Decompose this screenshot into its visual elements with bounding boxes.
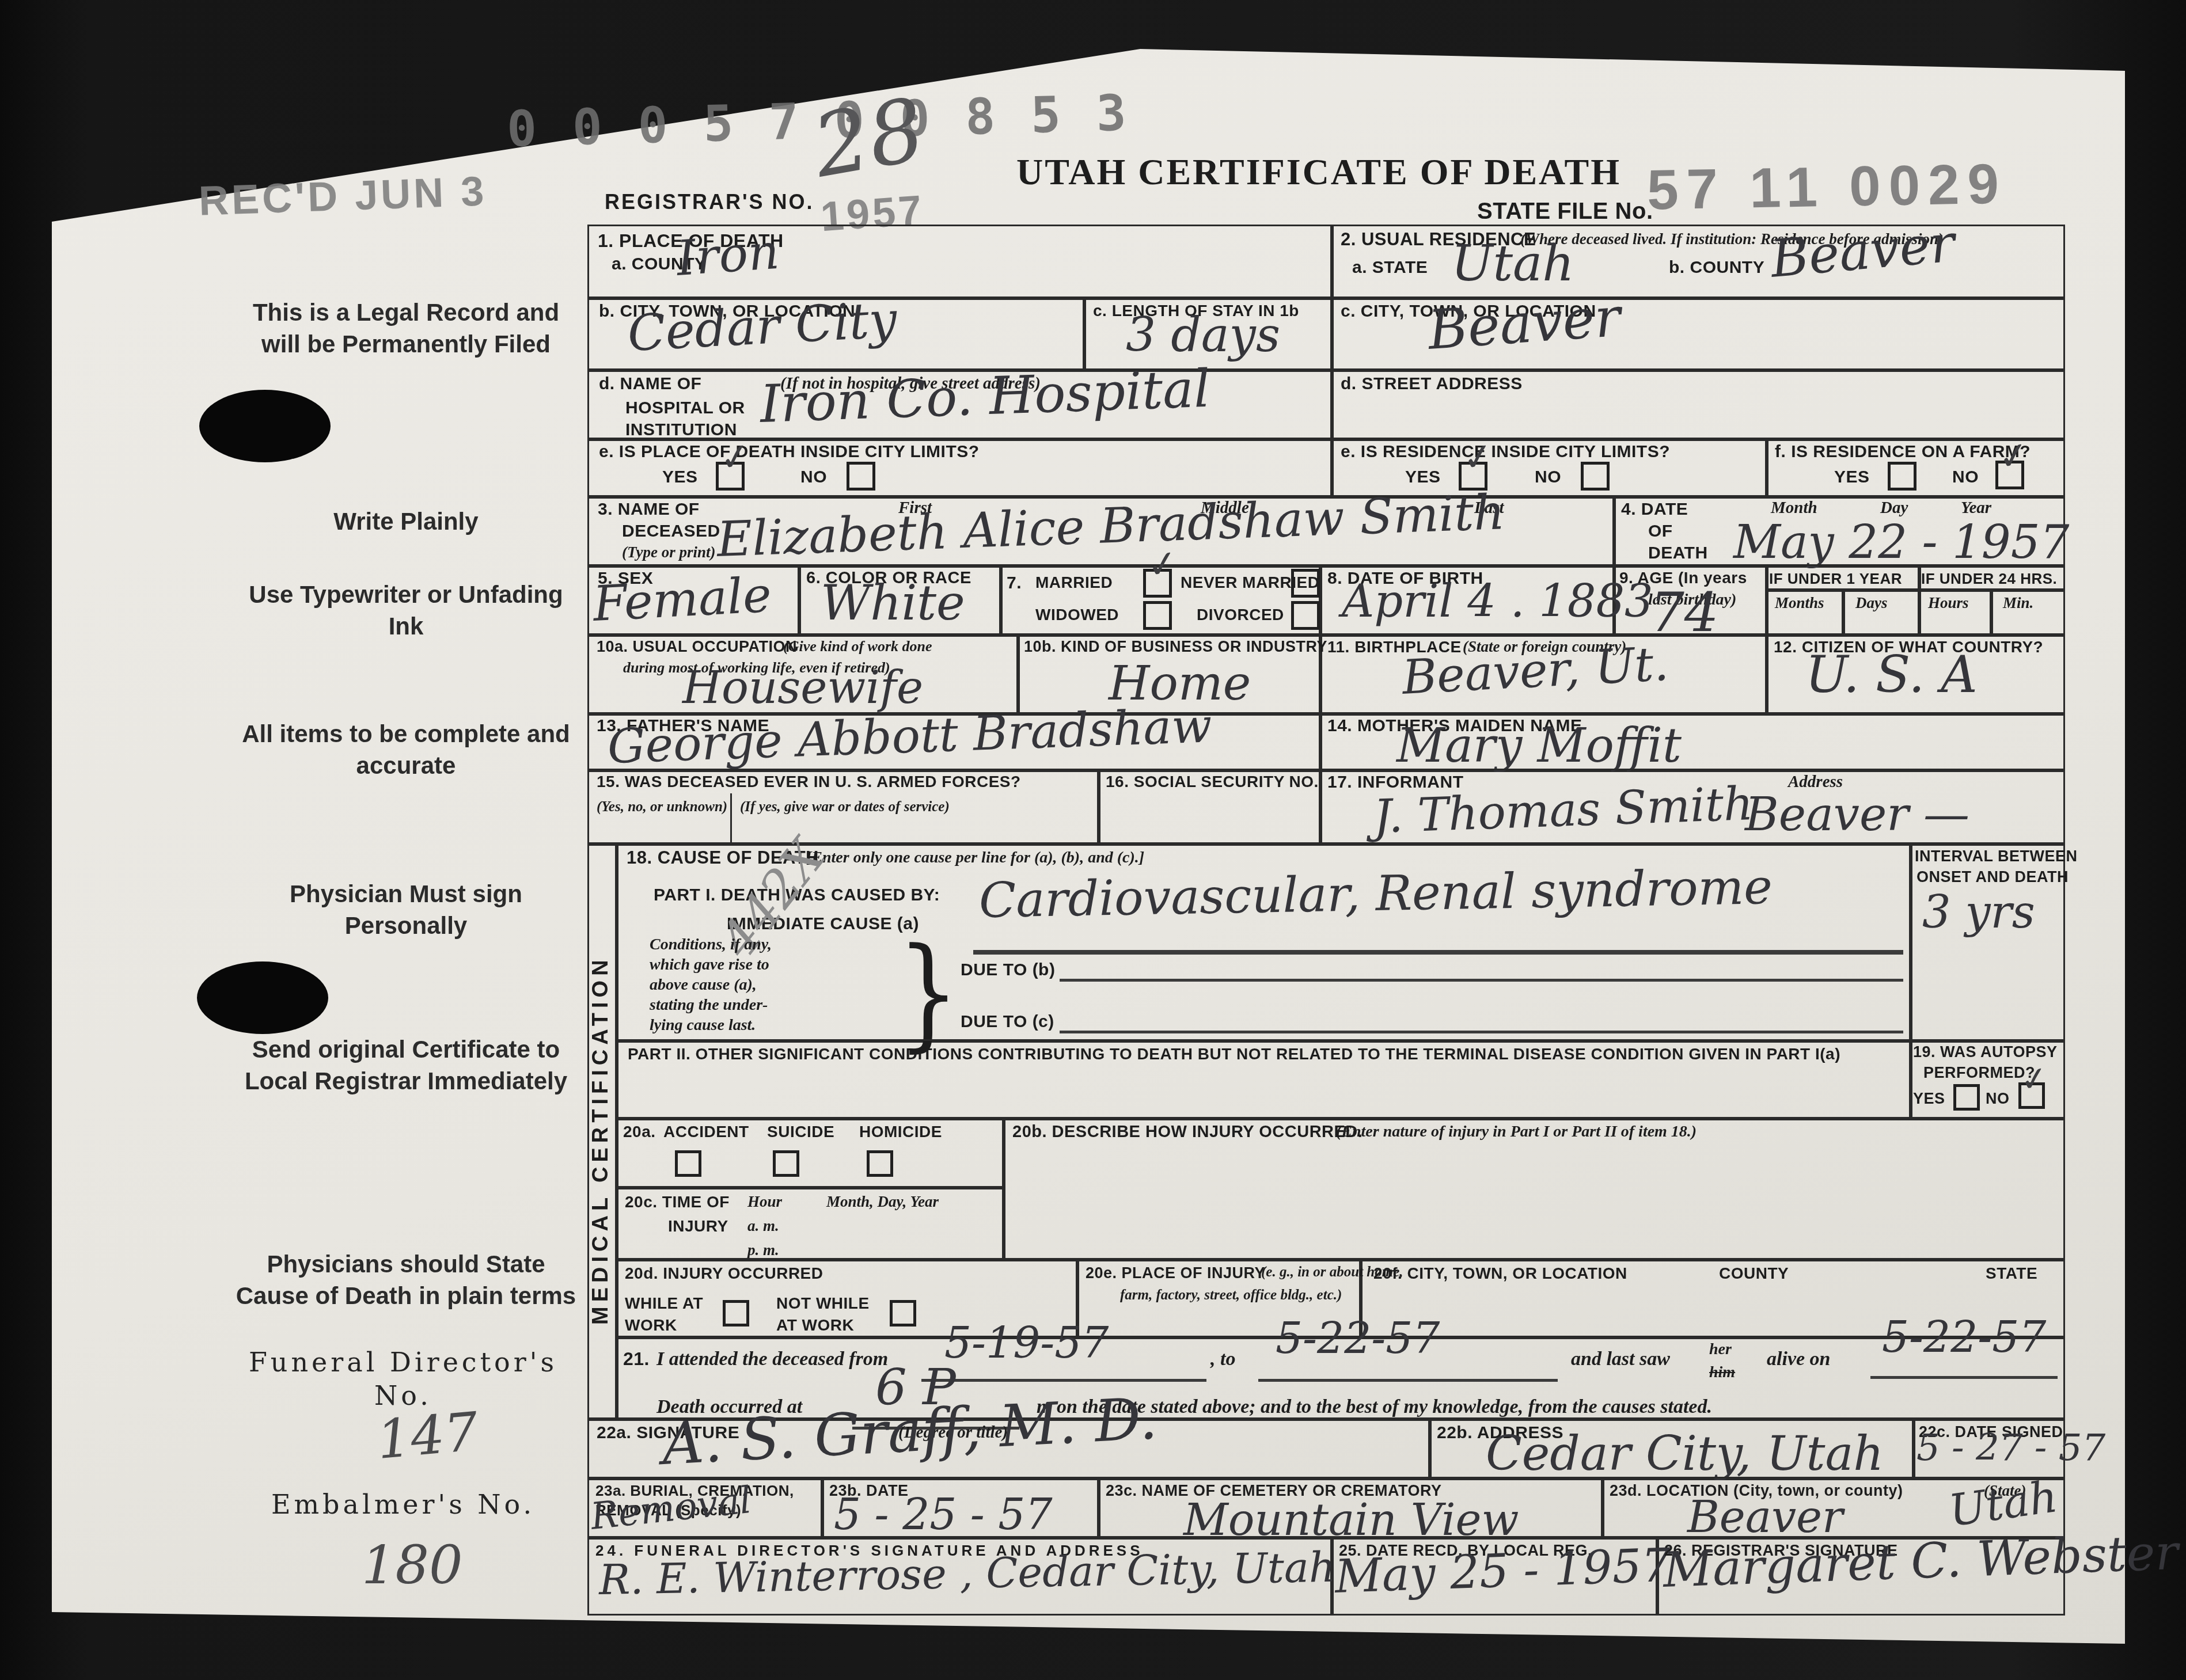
accident-label: ACCIDENT: [663, 1123, 749, 1141]
margin-note-legal-record: This is a Legal Record and will be Perma…: [230, 297, 582, 360]
residence-city-value: Beaver: [1426, 286, 1622, 362]
attended-item-label: 21.: [623, 1348, 650, 1370]
hospital-label-1: d. NAME OF: [599, 374, 701, 394]
widowed-label: WIDOWED: [1035, 606, 1119, 624]
res-no-label: NO: [1535, 467, 1561, 487]
suicide-checkbox: [773, 1150, 799, 1177]
accident-item-label: 20a.: [623, 1123, 656, 1141]
pod-no-label: NO: [800, 467, 827, 487]
farm-yes-label: YES: [1834, 467, 1870, 487]
hours-label: Hours: [1928, 594, 1969, 612]
name-label-1: 3. NAME OF: [598, 500, 700, 519]
res-no-checkbox: [1581, 462, 1610, 491]
burial-date-value: 5 - 25 - 57: [834, 1490, 1053, 1540]
margin-note-physician-sign: Physician Must sign Personally: [230, 878, 582, 942]
state-file-number-stamp: 57 11 0029: [1646, 151, 2007, 223]
describe-injury-note: (Enter nature of injury in Part I or Par…: [1336, 1123, 1697, 1141]
dod-label-2: OF: [1648, 522, 1673, 541]
embalmer-no-label: Embalmer's No.: [236, 1488, 570, 1522]
attended-text-4: alive on: [1767, 1348, 1830, 1370]
scanned-death-certificate: 0005700853 28 REC'D JUN 3 1957 REGISTRAR…: [0, 0, 2186, 1680]
informant-address-value: Beaver —: [1745, 788, 1969, 841]
interval-header-2: ONSET AND DEATH: [1916, 868, 2069, 886]
under-1-year-header: IF UNDER 1 YEAR: [1769, 570, 1902, 588]
sex-value: Female: [591, 567, 772, 632]
injury-occurred-label: 20d. INJURY OCCURRED: [625, 1264, 823, 1283]
dod-label-3: DEATH: [1648, 543, 1708, 563]
residence-state-label: a. STATE: [1352, 258, 1428, 278]
attended-from-line: [921, 1356, 1206, 1382]
farm-no-label: NO: [1952, 467, 1979, 487]
last-seen-line: [1870, 1353, 2058, 1379]
conditions-line-4: stating the under-: [650, 996, 768, 1014]
injury-county-label: COUNTY: [1719, 1264, 1789, 1283]
due-to-c-line: [1060, 1008, 1903, 1033]
hospital-label-3: INSTITUTION: [625, 420, 737, 440]
punch-hole-bottom: [197, 961, 328, 1034]
marital-item-label: 7.: [1007, 573, 1022, 593]
street-address-label: d. STREET ADDRESS: [1341, 374, 1523, 394]
place-of-injury-note-2: farm, factory, street, office bldg., etc…: [1120, 1287, 1342, 1303]
farm-label: f. IS RESIDENCE ON A FARM?: [1775, 442, 2031, 462]
interval-value: 3 yrs: [1922, 887, 2035, 938]
time-of-injury-label-2: INJURY: [668, 1217, 728, 1236]
married-label: MARRIED: [1035, 573, 1113, 592]
name-label-2: DECEASED: [622, 522, 720, 541]
armed-forces-note-2: (If yes, give war or dates of service): [740, 799, 950, 815]
under-24-hrs-header: IF UNDER 24 HRS.: [1921, 570, 2057, 588]
autopsy-yes-checkbox: [1953, 1084, 1980, 1111]
dod-label-1: 4. DATE: [1621, 500, 1688, 519]
date-of-death-value: May 22 - 1957: [1733, 515, 2070, 569]
dob-value: April 4 . 1883: [1342, 576, 1653, 628]
interval-header-1: INTERVAL BETWEEN: [1915, 847, 2078, 865]
funeral-director-no-label: Funeral Director's No.: [236, 1346, 570, 1412]
months-label: Months: [1775, 594, 1824, 612]
name-label-3: (Type or print): [622, 543, 715, 561]
pod-yes-label: YES: [662, 467, 698, 487]
suicide-label: SUICIDE: [767, 1123, 834, 1141]
hospital-label-2: HOSPITAL OR: [625, 398, 745, 418]
county-value: Iron: [675, 223, 781, 287]
days-label: Days: [1855, 594, 1888, 612]
conditions-line-5: lying cause last.: [650, 1016, 756, 1035]
due-to-b-line: [1060, 956, 1903, 982]
state-file-label: STATE FILE No.: [1477, 199, 1653, 225]
armed-forces-divider: [730, 793, 732, 842]
certificate-title: UTAH CERTIFICATE OF DEATH: [1016, 151, 1621, 193]
him-label: him: [1709, 1363, 1735, 1382]
burial-location-value: Beaver: [1687, 1491, 1843, 1542]
farm-yes-checkbox: [1888, 462, 1916, 491]
not-while-label-1: NOT WHILE: [776, 1294, 870, 1313]
attended-to-line: [1258, 1356, 1558, 1382]
res-yes-label: YES: [1405, 467, 1441, 487]
funeral-director-no-value: 147: [374, 1401, 480, 1471]
homicide-checkbox: [867, 1150, 893, 1177]
registrar-no-label: REGISTRAR'S NO.: [605, 190, 814, 214]
homicide-label: HOMICIDE: [859, 1123, 942, 1141]
margin-note-typewriter: Use Typewriter or Unfading Ink: [230, 579, 582, 643]
while-work-label: WORK: [625, 1316, 677, 1335]
attended-text-2: , to: [1210, 1348, 1235, 1370]
while-at-label: WHILE AT: [625, 1294, 703, 1313]
not-while-label-2: AT WORK: [776, 1316, 854, 1335]
length-of-stay-value: 3 days: [1126, 308, 1280, 363]
received-date-stamp: REC'D JUN 3: [198, 168, 488, 225]
while-at-work-checkbox: [723, 1300, 749, 1326]
place-of-injury-label: 20e. PLACE OF INJURY: [1086, 1264, 1265, 1282]
medical-certification-label: MEDICAL CERTIFICATION: [589, 875, 615, 1405]
punch-hole-top: [199, 390, 331, 462]
married-check-mark: ✓: [1144, 542, 1181, 588]
pod-no-checkbox: [847, 462, 875, 491]
physician-address-value: Cedar City, Utah: [1486, 1427, 1884, 1481]
am-label: a. m.: [747, 1217, 779, 1235]
occupation-value: Housewife: [682, 662, 923, 714]
res-city-limits-label: e. IS RESIDENCE INSIDE CITY LIMITS?: [1341, 442, 1670, 462]
month-day-year-label: Month, Day, Year: [826, 1193, 939, 1211]
conditions-line-3: above cause (a),: [650, 976, 757, 994]
autopsy-no-label: NO: [1986, 1090, 2010, 1108]
autopsy-no-check-mark: ✓: [2018, 1058, 2051, 1100]
armed-forces-note-1: (Yes, no, or unknown): [597, 799, 727, 815]
residence-county-label: b. COUNTY: [1669, 258, 1764, 278]
race-value: White: [821, 575, 965, 631]
ssn-label: 16. SOCIAL SECURITY NO.: [1106, 773, 1319, 791]
conditions-line-1: Conditions, if any,: [650, 936, 772, 954]
hour-label: Hour: [747, 1193, 782, 1211]
accident-checkbox: [675, 1150, 701, 1177]
attended-text-3: and last saw: [1571, 1348, 1670, 1370]
mother-name-value: Mary Moffit: [1396, 719, 1682, 773]
cause-of-death-note: [Enter only one cause per line for (a), …: [806, 849, 1144, 867]
date-signed-value: 5 - 27 - 57: [1916, 1427, 2105, 1469]
divorced-label: DIVORCED: [1197, 606, 1284, 624]
occupation-label: 10a. USUAL OCCUPATION: [597, 638, 797, 656]
pod-city-limits-label: e. IS PLACE OF DEATH INSIDE CITY LIMITS?: [599, 442, 980, 462]
her-label: her: [1709, 1340, 1732, 1359]
occupation-note-1: (Give kind of work done: [783, 638, 932, 655]
injury-state-label: STATE: [1986, 1264, 2037, 1283]
immediate-cause-line: [973, 915, 1903, 955]
divorced-checkbox: [1291, 601, 1320, 630]
margin-note-plain-terms: Physicians should State Cause of Death i…: [230, 1248, 582, 1312]
conditions-line-2: which gave rise to: [650, 956, 769, 974]
describe-injury-label: 20b. DESCRIBE HOW INJURY OCCURRED.: [1012, 1123, 1363, 1142]
registrar-number-handwritten: 28: [806, 79, 932, 197]
autopsy-yes-label: YES: [1913, 1090, 1945, 1108]
armed-forces-label: 15. WAS DECEASED EVER IN U. S. ARMED FOR…: [597, 773, 1021, 791]
part2-label: PART II. OTHER SIGNIFICANT CONDITIONS CO…: [628, 1045, 1840, 1063]
margin-note-write-plainly: Write Plainly: [230, 505, 582, 537]
time-of-injury-label-1: 20c. TIME OF: [625, 1193, 730, 1211]
widowed-checkbox: [1143, 601, 1172, 630]
residence-state-value: Utah: [1451, 235, 1574, 292]
margin-note-send-original: Send original Certificate to Local Regis…: [230, 1033, 582, 1097]
pod-yes-check-mark: ✓: [717, 435, 753, 481]
citizen-value: U. S. A: [1805, 645, 1978, 704]
res-yes-check-mark: ✓: [1460, 435, 1496, 481]
attended-text-1: I attended the deceased from: [656, 1348, 888, 1370]
min-label: Min.: [2003, 594, 2033, 612]
due-to-c-label: DUE TO (c): [961, 1012, 1054, 1032]
embalmer-no-value: 180: [362, 1534, 463, 1596]
not-while-at-work-checkbox: [890, 1300, 916, 1326]
margin-note-complete: All items to be complete and accurate: [230, 718, 582, 782]
never-married-checkbox: [1291, 569, 1320, 598]
pm-label: p. m.: [747, 1241, 779, 1259]
due-to-b-label: DUE TO (b): [961, 960, 1055, 980]
farm-no-check-mark: ✓: [1995, 434, 2032, 480]
business-label: 10b. KIND OF BUSINESS OR INDUSTRY: [1024, 638, 1327, 656]
injury-city-label: 20f. CITY, TOWN, OR LOCATION: [1373, 1264, 1627, 1283]
